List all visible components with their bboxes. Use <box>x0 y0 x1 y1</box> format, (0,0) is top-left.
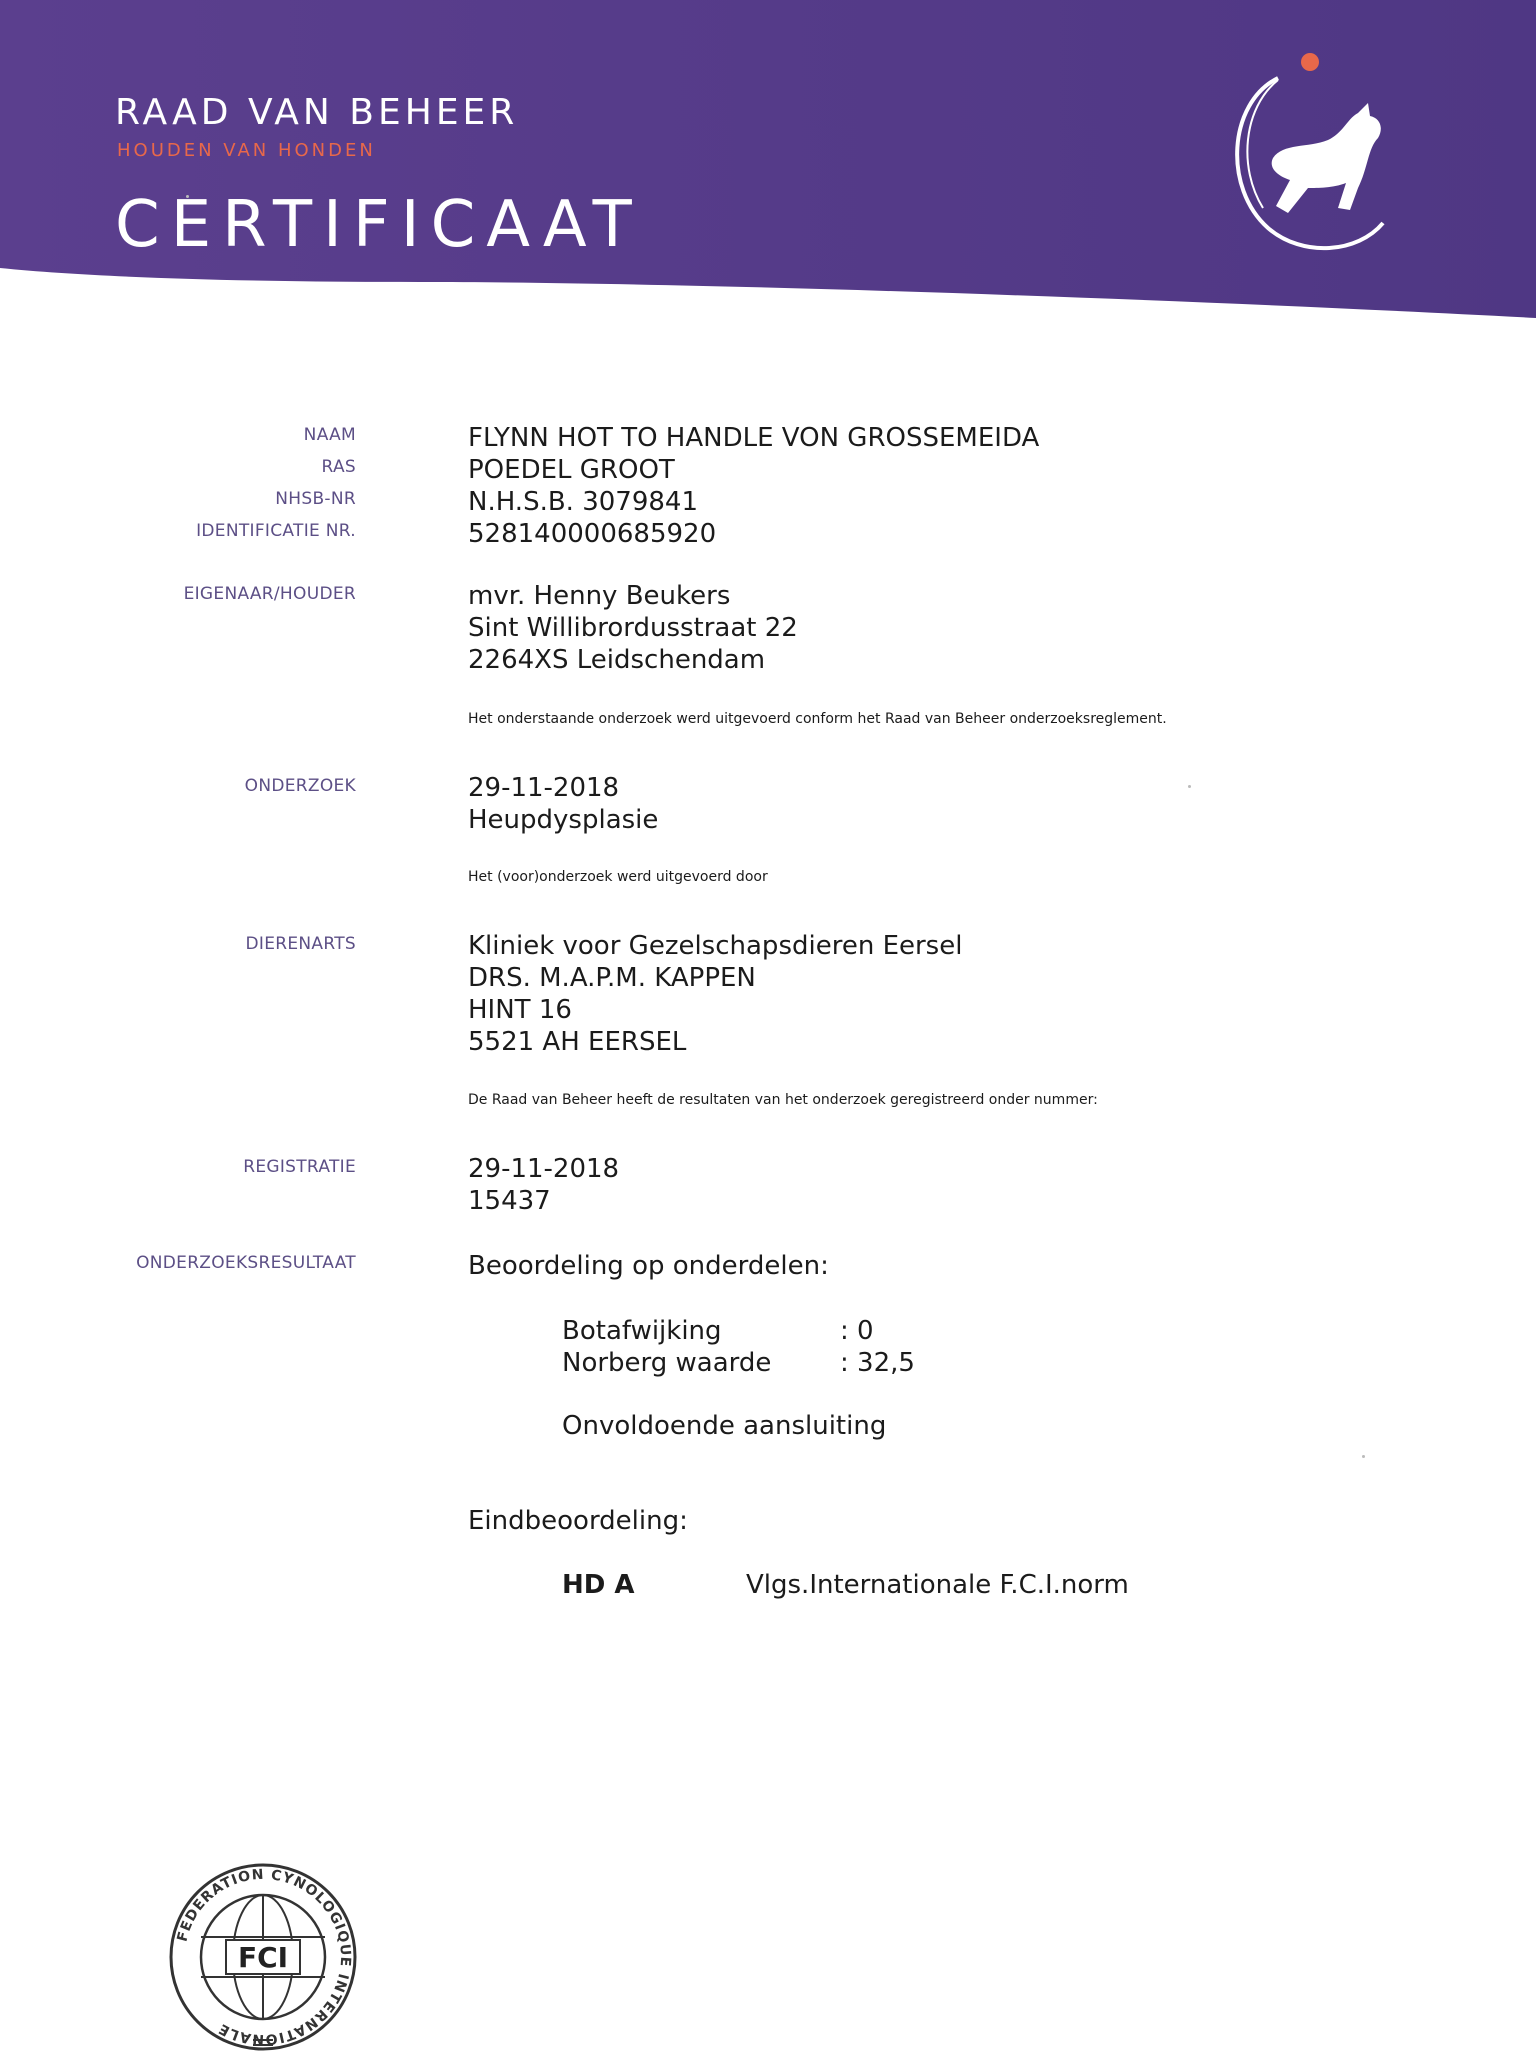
exam-details: 29-11-2018 Heupdysplasie <box>468 772 658 836</box>
dog-name: FLYNN HOT TO HANDLE VON GROSSEMEIDA <box>468 422 1039 454</box>
vet-clinic: Kliniek voor Gezelschapsdieren Eersel <box>468 930 962 962</box>
owner-street: Sint Willibrordusstraat 22 <box>468 612 798 644</box>
label-ras: RAS <box>0 457 356 477</box>
registration-date: 29-11-2018 <box>468 1153 619 1185</box>
scan-speck <box>186 195 189 198</box>
dog-chip-number: 528140000685920 <box>468 518 716 550</box>
registration-details: 29-11-2018 15437 <box>468 1153 619 1217</box>
registration-number: 15437 <box>468 1185 619 1217</box>
note-performed-by: Het (voor)onderzoek werd uitgevoerd door <box>468 869 768 885</box>
owner-address: mvr. Henny Beukers Sint Willibrordusstra… <box>468 580 798 676</box>
label-eigenaar: EIGENAAR/HOUDER <box>0 584 356 604</box>
result-item-name: Botafwijking <box>562 1316 722 1346</box>
certificate-header: RAAD VAN BEHEER HOUDEN VAN HONDEN CERTIF… <box>0 0 1536 330</box>
organization-name: RAAD VAN BEHEER <box>115 92 518 133</box>
label-dierenarts: DIERENARTS <box>0 934 356 954</box>
result-remark: Onvoldoende aansluiting <box>562 1411 886 1441</box>
vet-details: Kliniek voor Gezelschapsdieren Eersel DR… <box>468 930 962 1058</box>
vet-street: HINT 16 <box>468 994 962 1026</box>
vet-name: DRS. M.A.P.M. KAPPEN <box>468 962 962 994</box>
result-item-value: : 0 <box>840 1316 874 1346</box>
exam-type: Heupdysplasie <box>468 804 658 836</box>
note-registered: De Raad van Beheer heeft de resultaten v… <box>468 1092 1098 1108</box>
vet-city: 5521 AH EERSEL <box>468 1026 962 1058</box>
fci-seal-icon: FCI FEDERATION CYNOLOGIQUE INTERNATIONAL… <box>168 1862 358 2052</box>
owner-name: mvr. Henny Beukers <box>468 580 798 612</box>
final-grade: HD A <box>562 1570 635 1600</box>
certificate-title: CERTIFICAAT <box>115 188 643 262</box>
note-conform: Het onderstaande onderzoek werd uitgevoe… <box>468 711 1167 727</box>
label-identificatie: IDENTIFICATIE NR. <box>0 521 356 541</box>
result-heading: Beoordeling op onderdelen: <box>468 1250 829 1282</box>
jumping-dog-logo-icon <box>1218 48 1418 258</box>
exam-date: 29-11-2018 <box>468 772 658 804</box>
label-nhsb: NHSB-NR <box>0 489 356 509</box>
scan-speck <box>1362 1455 1365 1458</box>
owner-city: 2264XS Leidschendam <box>468 644 798 676</box>
label-naam: NAAM <box>0 425 356 445</box>
organization-tagline: HOUDEN VAN HONDEN <box>117 140 376 161</box>
dog-nhsb-number: N.H.S.B. 3079841 <box>468 486 698 518</box>
label-onderzoeksresultaat: ONDERZOEKSRESULTAAT <box>0 1253 356 1273</box>
result-item-value: : 32,5 <box>840 1348 915 1378</box>
label-onderzoek: ONDERZOEK <box>0 776 356 796</box>
svg-text:FCI: FCI <box>238 1941 288 1974</box>
dog-breed: POEDEL GROOT <box>468 454 675 486</box>
final-norm: Vlgs.Internationale F.C.I.norm <box>746 1570 1129 1600</box>
final-heading: Eindbeoordeling: <box>468 1505 688 1537</box>
result-item-name: Norberg waarde <box>562 1348 771 1378</box>
label-registratie: REGISTRATIE <box>0 1157 356 1177</box>
scan-speck <box>1188 785 1191 788</box>
